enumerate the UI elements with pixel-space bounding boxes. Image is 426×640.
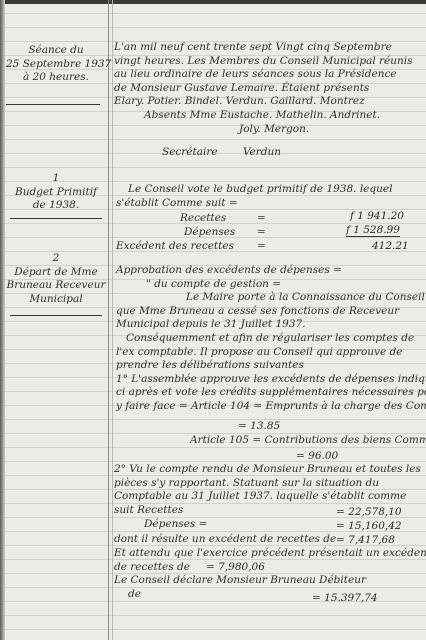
text-line: 2° Vu le compte rendu de Monsieur Brunea… (114, 463, 421, 477)
secretary-label: Secrétaire (162, 146, 218, 158)
margin-line: Budget Primitif (6, 186, 106, 200)
margin-line: Départ de Mme (6, 266, 106, 280)
compte-depenses-label: Dépenses = (144, 518, 207, 532)
text-line: s'établit Comme suit = (116, 197, 392, 211)
debt-amount: = 15.397,74 (312, 592, 378, 604)
text-line: pièces s'y rapportant. Statuant sur la s… (114, 477, 421, 491)
budget-label-excedent: Excédent des recettes (116, 240, 234, 254)
text-line: Municipal depuis le 31 Juillet 1937. (116, 318, 426, 332)
text-line: 1° L'assemblée approuve les excédents de… (116, 373, 426, 387)
text-line: Absents Mme Eustache. Mathelin. Andrinet… (114, 109, 413, 123)
text-line: de (114, 588, 426, 602)
excedent-label: dont il résulte un excédent de recettes … (114, 533, 336, 547)
margin-note-budget: 1 Budget Primitif de 1938. (6, 172, 106, 213)
secretary-line: Secrétaire Verdun (162, 146, 281, 160)
margin-line: Séance du (6, 44, 106, 58)
margin-rule-secondary (112, 0, 113, 640)
article105-amount: = 96.00 (296, 450, 338, 464)
text-line: " du compte de gestion = (116, 278, 426, 292)
equals-sign: = (257, 240, 266, 254)
article104-amount: = 13.85 (238, 420, 280, 434)
text-line: Approbation des excédents de dépenses = (116, 264, 426, 278)
text-line: l'ex comptable. Il propose au Conseil qu… (116, 346, 426, 360)
depart-paragraph: Approbation des excédents de dépenses = … (116, 264, 426, 414)
excedent-amount: = 7,417,68 (336, 534, 395, 546)
text-line: prendre les délibérations suivantes (116, 359, 426, 373)
equals-sign: = (257, 226, 266, 240)
margin-note-depart: 2 Départ de Mme Bruneau Receveur Municip… (6, 252, 106, 306)
margin-line: Bruneau Receveur (6, 279, 106, 293)
margin-divider (10, 315, 102, 316)
text-line: ci après et vote les crédits supplémenta… (116, 386, 426, 400)
final-paragraph: Et attendu que l'exercice précédent prés… (114, 547, 426, 601)
compte-depenses-amount: = 15,160,42 (336, 520, 402, 532)
text-line: au lieu ordinaire de leurs séances sous … (114, 68, 413, 82)
text-line: Le Conseil vote le budget primitif de 19… (116, 183, 392, 197)
budget-depenses-amount: f 1 528.99 (346, 224, 400, 237)
text-line: que Mme Bruneau a cessé ses fonctions de… (116, 305, 426, 319)
text-line: Joly. Mergon. (114, 123, 413, 137)
budget-recettes-amount: f 1 941.20 (350, 210, 404, 222)
text-line: Elary. Potier. Bindel. Verdun. Gaillard.… (114, 95, 413, 109)
margin-note-seance: Séance du 25 Septembre 1937 à 20 heures. (6, 44, 106, 85)
text-line: L'an mil neuf cent trente sept Vingt cin… (114, 41, 413, 55)
page-top-edge (0, 0, 426, 4)
budget-label-recettes: Recettes (180, 212, 226, 226)
margin-line: de 1938. (6, 199, 106, 213)
compte-recettes-amount: = 22,578,10 (336, 506, 402, 518)
binding-edge (0, 0, 5, 640)
equals-sign: = (257, 212, 266, 226)
budget-paragraph: Le Conseil vote le budget primitif de 19… (116, 183, 392, 210)
text-line: Comptable au 31 Juillet 1937. laquelle s… (114, 490, 421, 504)
text-line: y faire face = Article 104 = Emprunts à … (116, 400, 426, 414)
text-line: vingt heures. Les Membres du Conseil Mun… (114, 55, 413, 69)
margin-divider (10, 218, 102, 219)
margin-line: 25 Septembre 1937 (6, 58, 106, 72)
previous-excess-amount: = 7,980,06 (206, 561, 265, 573)
text-line: de Monsieur Gustave Lemaire. Étaient pré… (114, 82, 413, 96)
text-line: Le Conseil déclare Monsieur Bruneau Débi… (114, 574, 426, 588)
margin-line: Municipal (6, 293, 106, 307)
budget-label-depenses: Dépenses (184, 226, 235, 240)
item-number: 2 (6, 252, 106, 266)
secretary-name: Verdun (243, 146, 281, 158)
text-line: de recettes de (114, 561, 426, 575)
text-line: Conséquemment et afin de régulariser les… (116, 332, 426, 346)
register-page: Séance du 25 Septembre 1937 à 20 heures.… (0, 0, 426, 640)
article105-line: Article 105 = Contributions des biens Co… (190, 434, 426, 448)
item-number: 1 (6, 172, 106, 186)
margin-line: à 20 heures. (6, 71, 106, 85)
margin-divider (6, 104, 100, 105)
margin-rule (108, 0, 109, 640)
session-paragraph: L'an mil neuf cent trente sept Vingt cin… (114, 41, 413, 136)
text-line: Le Maire porte à la Connaissance du Cons… (116, 291, 426, 305)
text-line: Et attendu que l'exercice précédent prés… (114, 547, 426, 561)
budget-excedent-amount: 412.21 (372, 240, 409, 252)
